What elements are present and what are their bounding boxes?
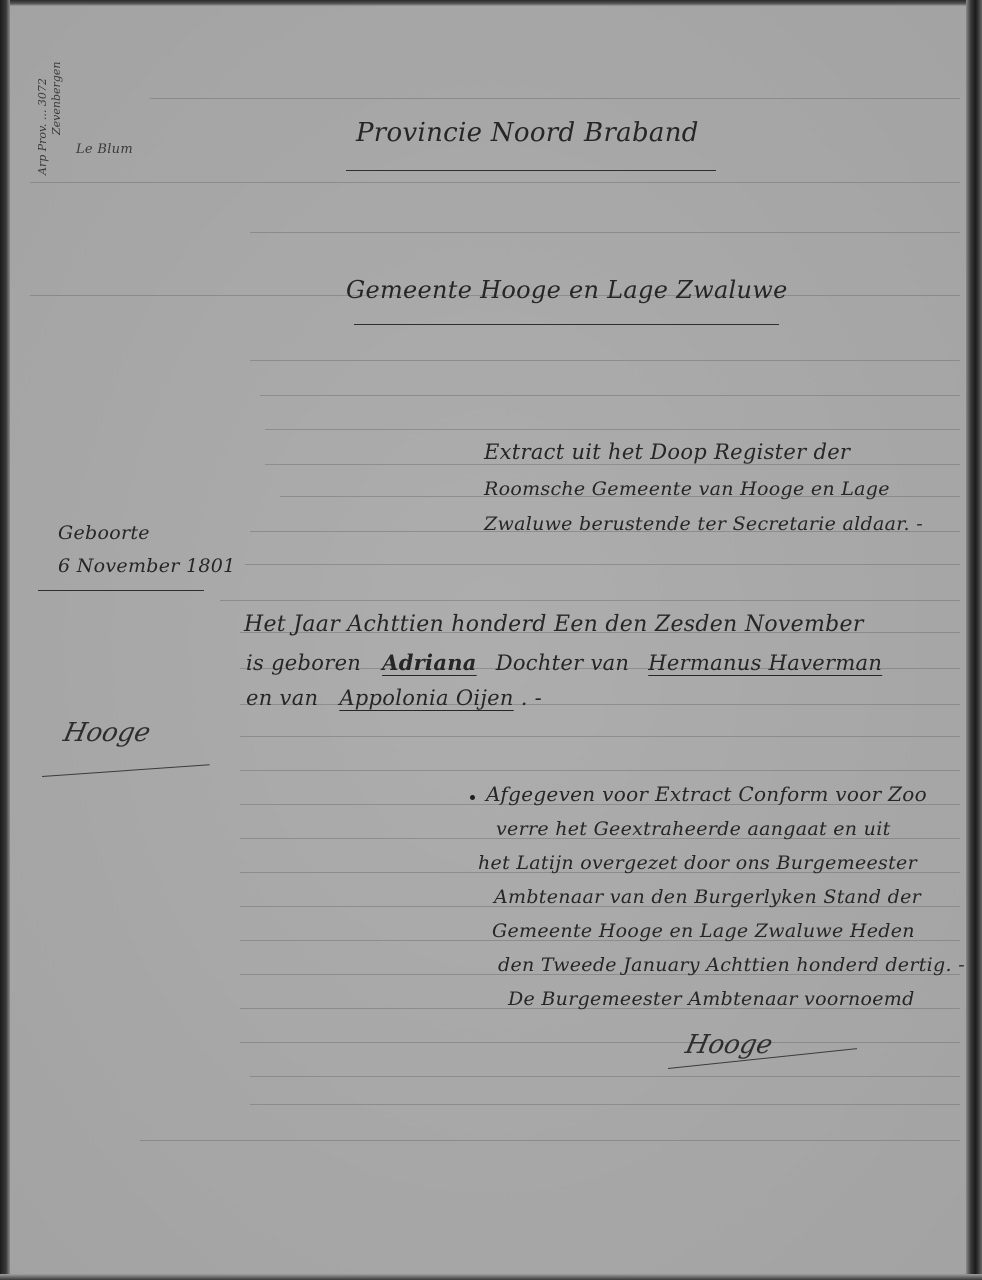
province-underline [346,170,716,171]
margin-top-note: Le Blum [76,142,133,157]
record-line-3-prefix: en van [246,686,318,710]
cert-line-2: verre het Geextraheerde aangaat en uit [496,818,891,840]
child-name: Adriana [382,650,477,675]
mother-name: Appolonia Oijen [339,686,513,710]
birth-date-underline [38,590,204,591]
cert-line-4: Ambtenaar van den Burgerlyken Stand der [494,886,921,908]
municipality-heading: Gemeente Hooge en Lage Zwaluwe [346,276,788,304]
cert-line-5: Gemeente Hooge en Lage Zwaluwe Heden [492,920,915,942]
record-line-1: Het Jaar Achttien honderd Een den Zesden… [244,612,864,637]
birth-label: Geboorte [58,522,150,544]
record-line-3: en van Appolonia Oijen . - [246,686,542,710]
intro-line-1: Extract uit het Doop Register der [484,440,850,464]
page-bottom-edge [0,1274,982,1280]
cert-line-6: den Tweede January Achttien honderd dert… [498,954,965,976]
margin-archive-note: Arp Prov. ... 3072 [36,78,49,175]
page-top-edge [0,0,982,6]
cert-line-7: De Burgemeester Ambtenaar voornoemd [508,988,915,1010]
record-line-2: is geboren Adriana Dochter van Hermanus … [246,650,882,675]
province-heading: Provincie Noord Braband [356,118,699,148]
father-name: Hermanus Haverman [648,651,882,675]
bullet-dot [470,795,475,800]
municipality-underline [354,324,779,325]
document-page: Arp Prov. ... 3072 Zevenbergen Le Blum G… [0,0,982,1280]
archive-note-line1: Arp Prov. ... 3072 [36,78,49,175]
cert-line-1: Afgegeven voor Extract Conform voor Zoo [486,782,927,806]
record-line-2-prefix: is geboren [246,651,361,675]
birth-date: 6 November 1801 [58,555,236,577]
margin-archive-note-2: Zevenbergen [50,62,63,135]
intro-line-2: Roomsche Gemeente van Hooge en Lage [484,478,890,500]
margin-signature: Hooge [61,718,153,748]
binding-edge-left [0,0,10,1280]
official-signature: Hooge [683,1030,775,1060]
cert-line-3: het Latijn overgezet door ons Burgemeest… [478,852,917,874]
record-line-3-suffix: . - [521,686,542,710]
margin-signature-flourish [42,764,210,777]
intro-line-3: Zwaluwe berustende ter Secretarie aldaar… [484,513,923,535]
archive-note-line2: Zevenbergen [50,62,63,135]
page-edge-right [966,0,982,1280]
record-line-2-mid: Dochter van [496,651,630,675]
